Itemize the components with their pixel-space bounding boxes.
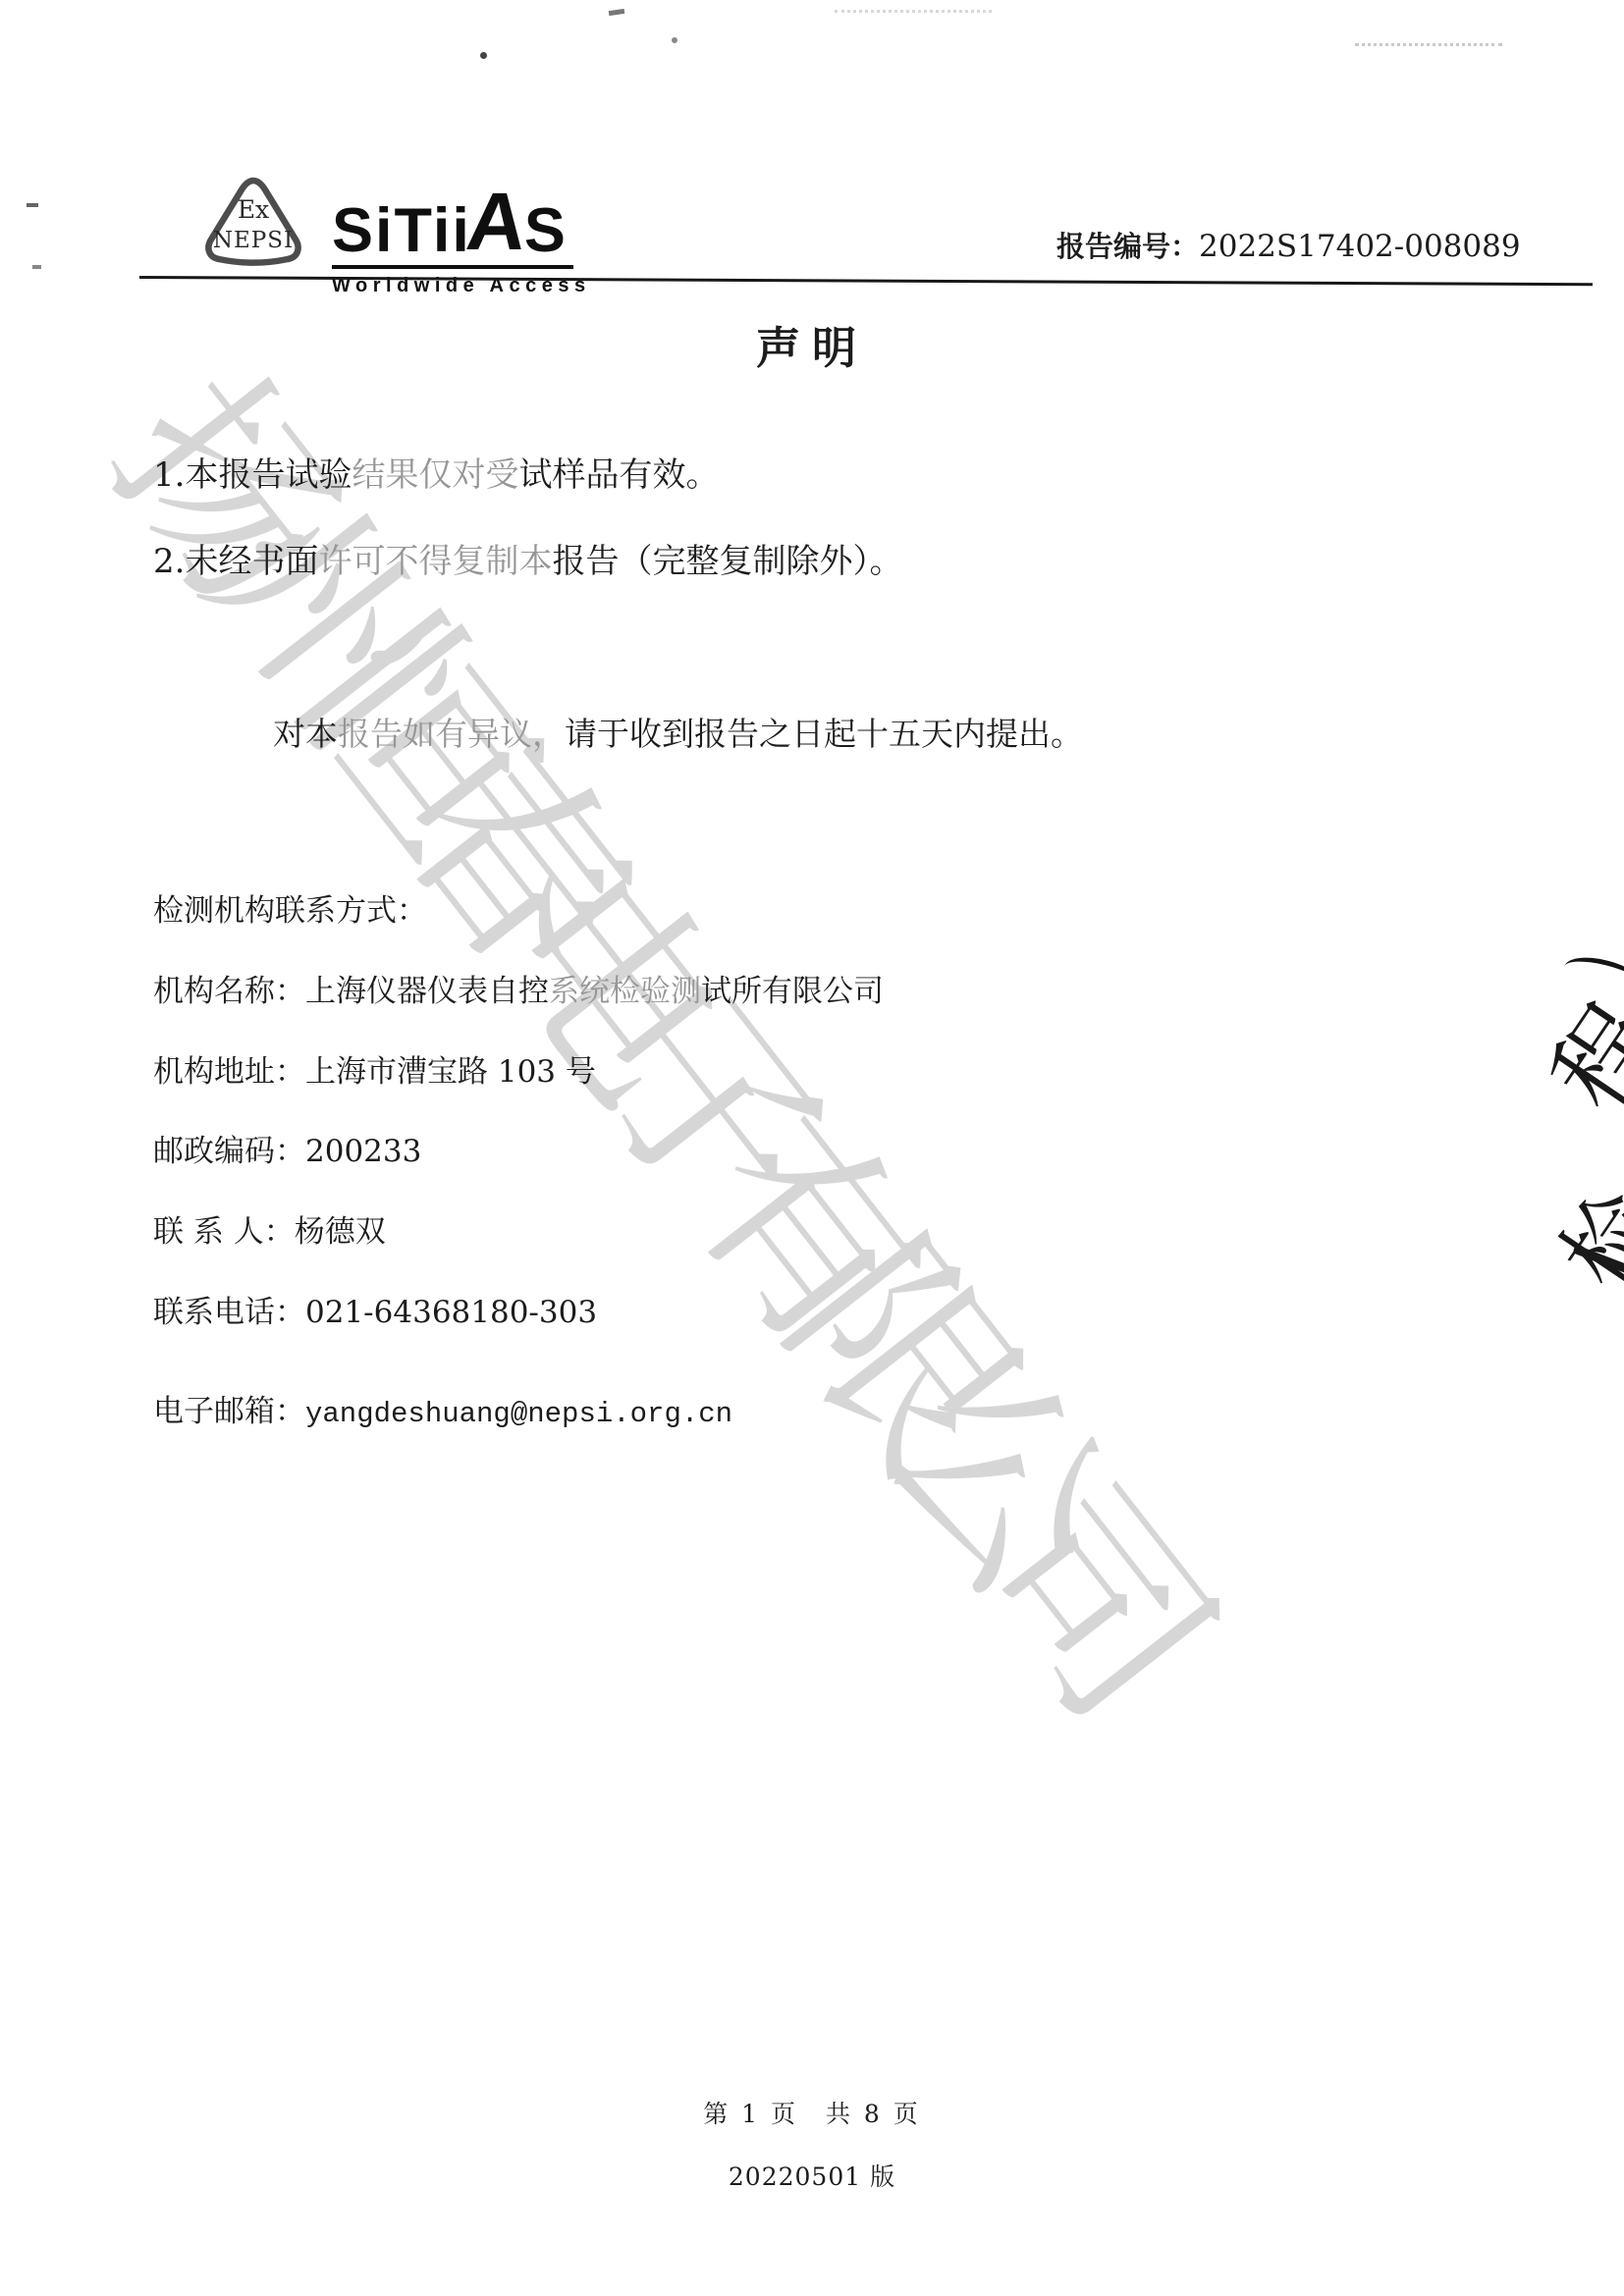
edge-handwriting-mark: 检	[1526, 1161, 1624, 1308]
scan-speck	[27, 203, 38, 207]
text-segment: 系统检验测	[549, 974, 701, 1009]
contact-row-phone: 联系电话：021-64368180-303	[153, 1287, 597, 1331]
page-number: 第 1 页 共 8 页	[0, 2095, 1624, 2130]
nepsi-ex-badge: Ex NEPSI	[201, 175, 305, 267]
text-segment: 机构名称：上海仪器仪表自控	[153, 974, 549, 1009]
text-segment: 2.未经书面	[153, 542, 318, 581]
statement-1: 1.本报告试验结果仅对受试样品有效。	[153, 448, 719, 496]
text-segment: 报告如有异议，	[338, 715, 565, 753]
contact-row-org-name: 机构名称：上海仪器仪表自控系统检验测试所有限公司	[153, 966, 884, 1010]
wordmark-head: SiTii	[332, 200, 471, 262]
report-number-value: 2022S17402-008089	[1199, 229, 1521, 264]
text-segment: yangdeshuang@nepsi.org.cn	[305, 1398, 732, 1430]
text-segment: 试样品有效。	[518, 455, 719, 495]
scan-speck	[672, 37, 677, 43]
contact-row-address: 机构地址：上海市漕宝路 103 号	[153, 1046, 596, 1091]
wordmark-a: A	[463, 181, 531, 262]
text-segment: 1.本报告试验	[153, 455, 352, 495]
template-version: 20220501 版	[0, 2158, 1624, 2193]
company-watermark: 扬州恒春电子有限公司	[56, 304, 1262, 1728]
contact-row-email: 电子邮箱：yangdeshuang@nepsi.org.cn	[153, 1386, 732, 1430]
text-segment: 报告（完整复制除外）。	[552, 542, 902, 581]
wordmark-underline	[332, 265, 573, 269]
text-segment: 结果仅对受	[352, 455, 518, 495]
text-segment: 请于收到报告之日起十五天内提出。	[565, 715, 1083, 753]
contact-row-postcode: 邮政编码：200233	[153, 1126, 421, 1170]
edge-handwriting-mark: 程	[1512, 972, 1624, 1132]
text-segment: 对本	[273, 715, 338, 753]
sitiias-wordmark: SiTiiAS	[332, 181, 573, 262]
scan-speck	[609, 9, 625, 16]
objection-notice: 对本报告如有异议，请于收到报告之日起十五天内提出。	[273, 709, 1083, 755]
text-segment: 电子邮箱：	[153, 1394, 305, 1429]
scan-speck	[32, 265, 41, 269]
report-number-line: 报告编号：2022S17402-008089	[1056, 225, 1521, 265]
text-segment: 联系电话：021-64368180-303	[153, 1295, 597, 1330]
page-title: 声明	[0, 312, 1624, 376]
scanned-report-page: { "header": { "logo": { "badge_top": "Ex…	[0, 0, 1624, 2296]
text-segment: 试所有限公司	[701, 974, 884, 1009]
wordmark-tail: S	[524, 200, 566, 262]
text-segment: 机构地址：上海市漕宝路 103 号	[153, 1054, 596, 1090]
text-segment: 邮政编码：200233	[153, 1134, 421, 1169]
report-number-label: 报告编号：	[1056, 232, 1199, 263]
scan-noise-row	[835, 10, 992, 13]
scan-noise-row	[1355, 43, 1502, 46]
contact-heading: 检测机构联系方式：	[153, 885, 427, 930]
text-segment: 许可不得复制本	[318, 542, 552, 581]
badge-ex-label: Ex	[238, 195, 269, 224]
text-segment: 联 系 人：杨德双	[153, 1214, 386, 1250]
statement-2: 2.未经书面许可不得复制本报告（完整复制除外）。	[153, 534, 902, 582]
scan-speck	[480, 52, 487, 59]
contact-row-contact-person: 联 系 人：杨德双	[153, 1206, 386, 1251]
badge-nepsi-label: NEPSI	[213, 228, 294, 253]
